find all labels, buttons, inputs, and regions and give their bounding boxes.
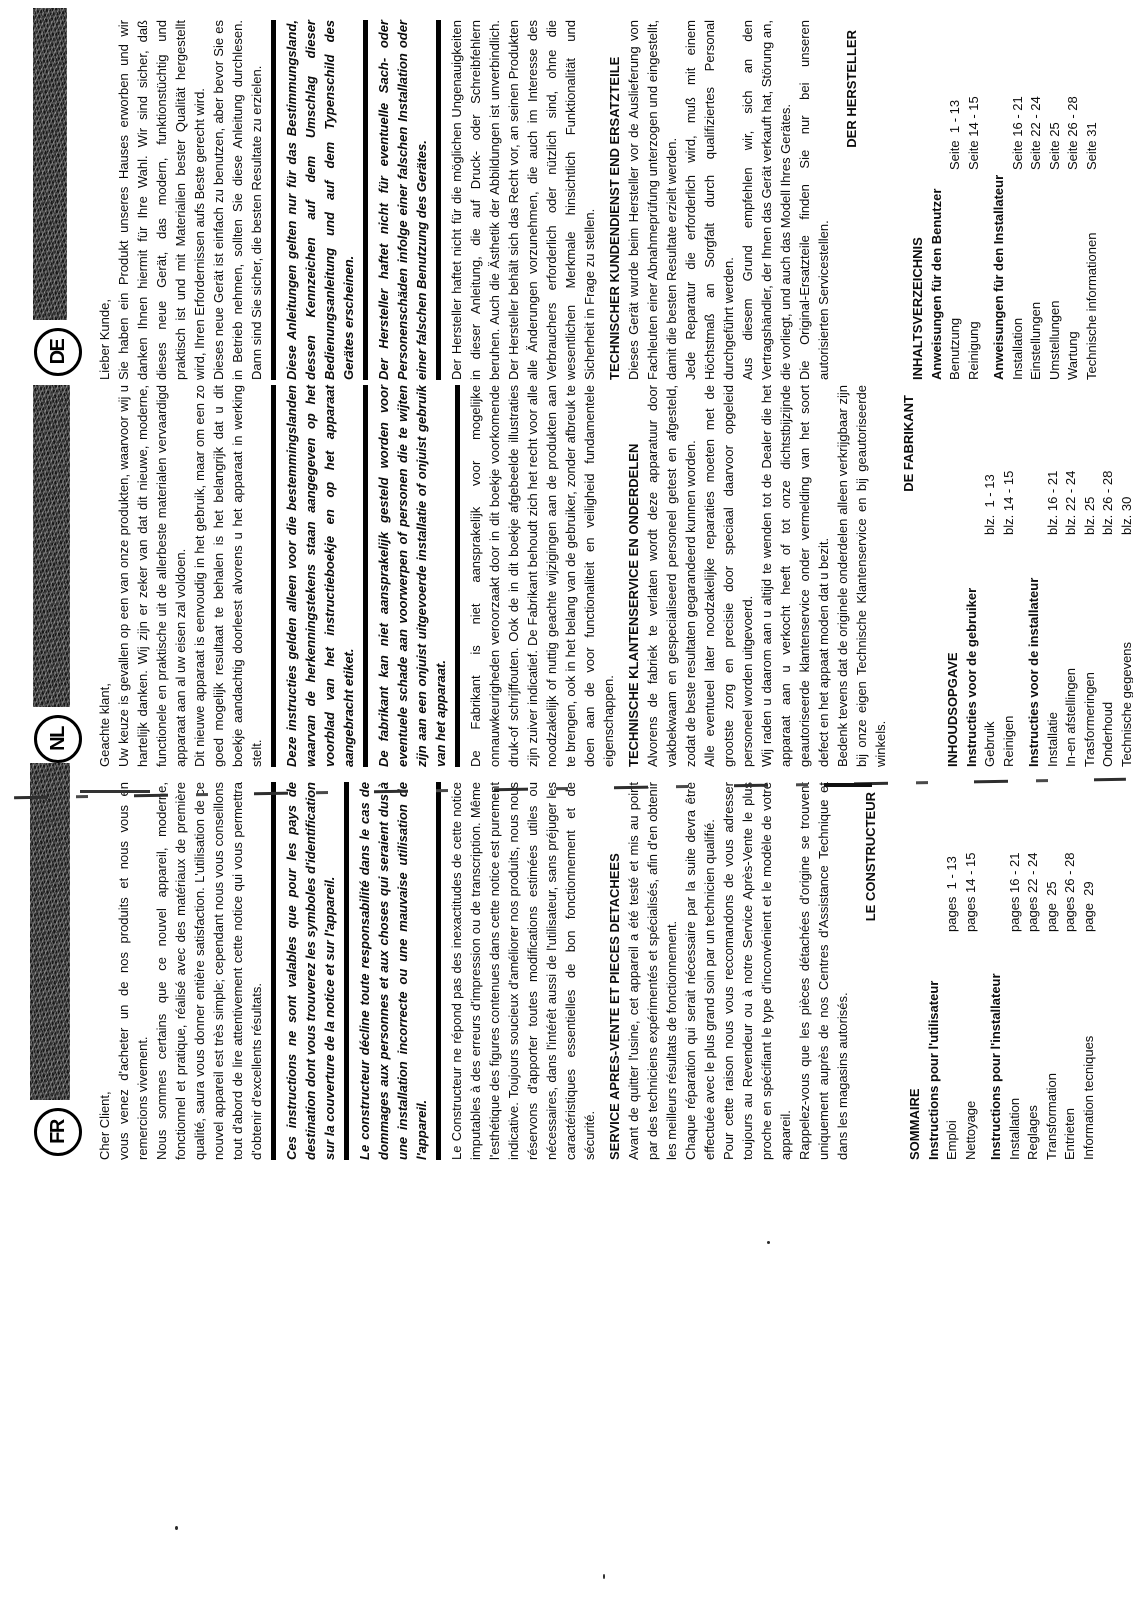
toc-row: Reglagespages 22 - 24 [1024,782,1043,1160]
toc-pages: blz. 26 - 28 [1099,385,1118,535]
toc-label: Emploi [943,932,962,1160]
toc-row: Emploipages 1 - 13 [943,782,962,1160]
toc-pages: Seite 22 - 24 [1027,20,1046,170]
toc-group-heading: Instructions pour l'utilisateur [925,782,944,1160]
rotated-page: FR Cher Client, vous venez d'acheter un … [0,0,1133,1601]
toc-label: Entrieten [1061,932,1080,1160]
disclaimer-paragraph: Der Hersteller haftet nicht für die mögl… [447,20,599,380]
toc-pages: page 29 [1080,782,1099,932]
service-heading: TECHNISCHE KLANTENSERVICE EN ONDERDELEN [624,385,643,767]
table-of-contents-fr: SOMMAIRE Instructions pour l'utilisateur… [906,782,1098,1160]
column-text-fr: Cher Client, vous venez d'acheter un de … [95,782,1098,1160]
toc-label: Umstellungen [1046,170,1065,380]
table-of-contents-nl: INHOUDSOPGAVE Instructies voor de gebrui… [944,385,1133,767]
language-badge-label: FR [47,1120,70,1144]
toc-row: In-en afstellingenblz. 22 - 24 [1062,385,1081,767]
toc-group-heading: Instructions pour l'installateur [987,782,1006,1160]
service-paragraph: Alle eventueel later noodzakelijke repar… [700,385,757,767]
toc-label: Reglages [1024,932,1043,1160]
column-de: DE Lieber Kunde, Sie haben ein Produkt u… [0,20,1133,380]
separator-rule [436,20,441,380]
service-paragraph: Rappelez-vous que les pièces détachées d… [795,782,852,1160]
toc-label: In-en afstellingen [1062,535,1081,767]
table-of-contents-de: INHALTSVERZEICHNIS Anweisungen für den B… [909,20,1101,380]
separator-rule [363,385,368,767]
separator-rule [271,782,276,1160]
service-paragraph: Pour cette raison nous vous reccomandons… [719,782,795,1160]
column-nl: NL Geachte klant, Uw keuze is gevallen o… [0,385,1133,767]
toc-label: Reinigen [1000,535,1019,767]
toc-label: Trasformeringen [1081,535,1100,767]
toc-pages: pages 26 - 28 [1061,782,1080,932]
toc-row: Information tecniquespage 29 [1080,782,1099,1160]
greeting: Lieber Kunde, [95,20,114,380]
service-heading: SERVICE APRES-VENTE ET PIECES DETACHEES [605,782,624,1160]
toc-pages: Seite 31 [1083,20,1102,170]
toc-pages: pages 22 - 24 [1024,782,1043,932]
scan-speck [603,1574,605,1579]
toc-pages: Seite 16 - 21 [1009,20,1028,170]
toc-row: Installationpages 16 - 21 [1006,782,1025,1160]
redacted-brand-bar [33,8,67,320]
service-paragraph: Chaque réparation qui serait nécessaire … [681,782,719,1160]
greeting: Geachte klant, [95,385,114,767]
signature: DE FABRIKANT [899,385,918,767]
toc-row: Entrietenpages 26 - 28 [1061,782,1080,1160]
column-text-de: Lieber Kunde, Sie haben ein Produkt unse… [95,20,1101,380]
toc-row: Transformationpage 25 [1043,782,1062,1160]
language-badge-nl-icon: NL [34,715,82,763]
toc-label: Installatie [1044,535,1063,767]
toc-label: Onderhoud [1099,535,1118,767]
toc-title: INHOUDSOPGAVE [944,385,963,767]
toc-row: Reinigenblz. 14 - 15 [1000,385,1019,767]
toc-pages: blz. 30 [1118,385,1133,535]
toc-row: UmstellungenSeite 25 [1046,20,1065,380]
toc-group-heading: Instructies voor de gebruiker [963,385,982,767]
toc-label: Transformation [1043,932,1062,1160]
toc-label: Information tecniques [1080,932,1099,1160]
intro-paragraph: Dieses neue Gerät ist einfach zu benutze… [209,20,266,380]
toc-row: WartungSeite 26 - 28 [1064,20,1083,380]
toc-group-heading: Instructies voor de installateur [1025,385,1044,767]
separator-rule [455,385,460,767]
separator-rule [271,20,276,380]
intro-paragraph: vous venez d'acheter un de nos produits … [114,782,152,1160]
toc-pages: blz. 16 - 21 [1044,385,1063,535]
greeting: Cher Client, [95,782,114,1160]
toc-pages: pages 1 - 13 [943,782,962,932]
toc-row: EinstellungenSeite 22 - 24 [1027,20,1046,380]
toc-pages: pages 14 - 15 [962,782,981,932]
notice-liability: Der Hersteller haftet nicht für eventuel… [374,20,431,380]
toc-label: Installation [1009,170,1028,380]
intro-paragraph: Uw keuze is gevallen op een van onze pro… [114,385,190,767]
notice-destination: Diese Anleitungen gelten nur für das Bes… [282,20,358,380]
service-paragraph: Bedenk tevens dat de originele onderdele… [833,385,890,767]
separator-rule [363,20,368,380]
notice-liability: De fabrikant kan niet aansprakelijk gest… [374,385,450,767]
toc-title: INHALTSVERZEICHNIS [909,20,928,380]
notice-destination: Deze instructies gelden alleen voor die … [282,385,358,767]
toc-title: SOMMAIRE [906,782,925,1160]
language-badge-fr-icon: FR [34,1108,82,1156]
separator-rule [271,385,276,767]
separator-rule [344,782,349,1160]
toc-row: InstallationSeite 16 - 21 [1009,20,1028,380]
disclaimer-paragraph: De Fabrikant is niet aansprakelijk voor … [466,385,618,767]
toc-label: Einstellungen [1027,170,1046,380]
toc-label: Benutzung [946,170,965,380]
toc-label: Gebruik [981,535,1000,767]
service-paragraph: Dieses Gerät wurde beim Hersteller vor d… [624,20,681,380]
service-paragraph: Aus diesem Grund empfehlen wir, sich an … [738,20,795,380]
toc-row: BenutzungSeite 1 - 13 [946,20,965,380]
service-paragraph: Avant de quitter l'usine, cet appareil a… [624,782,681,1160]
toc-pages: blz. 14 - 15 [1000,385,1019,535]
toc-group-heading: Anweisungen für den Benutzer [928,20,947,380]
redacted-brand-bar [33,385,70,707]
language-badge-label: NL [47,727,70,751]
toc-row: Trasformeringenblz. 25 [1081,385,1100,767]
toc-row: Technische informationenSeite 31 [1083,20,1102,380]
toc-pages: blz. 22 - 24 [1062,385,1081,535]
toc-label: Installation [1006,932,1025,1160]
language-badge-label: DE [47,340,70,365]
scan-speck [175,1526,178,1530]
intro-paragraph: Dit nieuwe apparaat is eenvoudig in het … [190,385,266,767]
column-text-nl: Geachte klant, Uw keuze is gevallen op e… [95,385,1133,767]
notice-liability: Le constructeur décline toute responsabi… [355,782,431,1160]
toc-label: Reinigung [965,170,984,380]
signature: LE CONSTRUCTEUR [861,782,880,1160]
service-paragraph: Wij raden u daarom aan u altijd te wende… [757,385,833,767]
toc-label: Technische gegevens [1118,535,1133,767]
language-badge-de-icon: DE [34,328,82,376]
notice-destination: Ces instructions ne sont valables que po… [282,782,339,1160]
toc-pages: page 25 [1043,782,1062,932]
service-heading: TECHNISCHER KUNDENDIENST END ERSATZTEILE [605,20,624,380]
intro-paragraph: Nous sommes certains que ce nouvel appar… [152,782,266,1160]
toc-label: Technische informationen [1083,170,1102,380]
service-paragraph: Alvorens de fabriek te verlaten wordt de… [643,385,700,767]
toc-pages: Seite 25 [1046,20,1065,170]
toc-group-heading: Anweisungen für den Installateur [990,20,1009,380]
scanned-manual-page: FR Cher Client, vous venez d'acheter un … [0,0,1133,1601]
scan-crease-dark-segment [824,783,872,787]
scan-crease-dark-segment [80,790,150,793]
service-paragraph: Jede Reparatur die erforderlich wird, mu… [681,20,738,380]
signature: DER HERSTELLER [842,20,861,380]
redacted-brand-bar [30,763,70,1100]
toc-label: Wartung [1064,170,1083,380]
toc-row: Nettoyagepages 14 - 15 [962,782,981,1160]
toc-pages: Seite 14 - 15 [965,20,984,170]
toc-label: Nettoyage [962,932,981,1160]
column-fr: FR Cher Client, vous venez d'acheter un … [0,782,1133,1160]
intro-paragraph: Sie haben ein Produkt unseres Hauses erw… [114,20,209,380]
toc-row: Onderhoudblz. 26 - 28 [1099,385,1118,767]
separator-rule [436,782,441,1160]
toc-row: Gebruikblz. 1 - 13 [981,385,1000,767]
toc-pages: Seite 1 - 13 [946,20,965,170]
toc-pages: blz. 1 - 13 [981,385,1000,535]
toc-pages: Seite 26 - 28 [1064,20,1083,170]
scan-speck [767,1241,770,1244]
toc-pages: blz. 25 [1081,385,1100,535]
disclaimer-paragraph: Le Constructeur ne répond pas des inexac… [447,782,599,1160]
toc-row: Installatieblz. 16 - 21 [1044,385,1063,767]
toc-row: ReinigungSeite 14 - 15 [965,20,984,380]
toc-pages: pages 16 - 21 [1006,782,1025,932]
toc-row: Technische gegevensblz. 30 [1118,385,1133,767]
service-paragraph: Die Original-Ersatzteile finden Sie nur … [795,20,833,380]
